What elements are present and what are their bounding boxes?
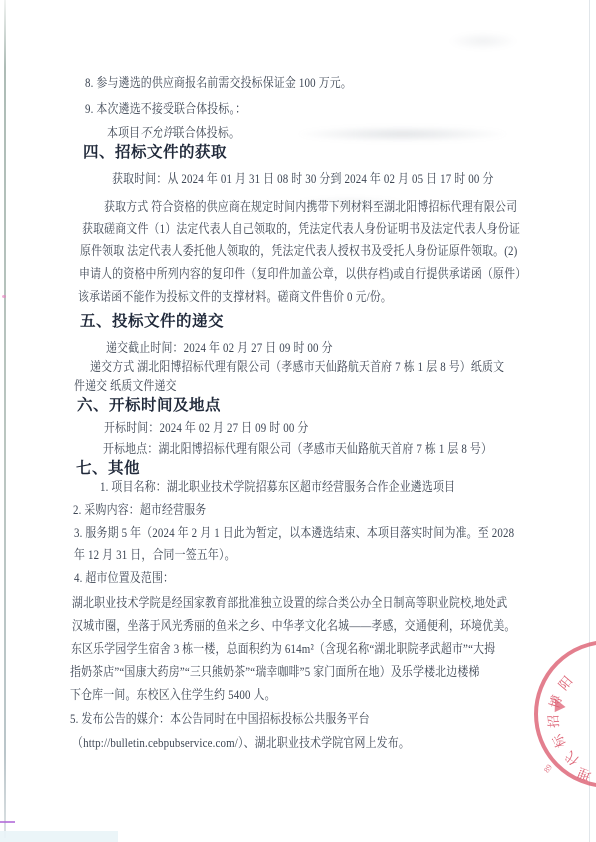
section-7-line: 指奶茶店”“国康大药房”“三只熊奶茶”“瑞幸咖啡”5 家门面所在地）及乐学楼北边… <box>70 664 480 679</box>
seal-digits: 89 <box>542 763 554 775</box>
section-4-heading: 四、招标文件的获取 <box>83 144 227 161</box>
section-7-heading: 七、其他 <box>76 460 140 477</box>
section-5-line: 递交方式 湖北阳博招标代理有限公司（孝感市天仙路航天首府 7 栋 1 层 8 号… <box>90 359 504 374</box>
section-4-line: 获取时间：从 2024 年 01 月 31 日 08 时 30 分到 2024 … <box>112 171 494 186</box>
scan-speck <box>2 295 6 298</box>
section-5-line: 递交截止时间：2024 年 02 月 27 日 09 时 00 分 <box>106 340 333 355</box>
scan-edge-left-line <box>4 0 6 838</box>
section-7-line: 1. 项目名称：湖北职业技术学院招募东区超市经营服务合作企业遴选项目 <box>100 479 455 494</box>
clause-8: 8. 参与遴选的供应商报名前需交投标保证金 100 万元。 <box>85 75 352 90</box>
seal-char: 理 <box>575 765 593 784</box>
section-7-line: 2. 采购内容：超市经营服务 <box>73 502 206 517</box>
note-suffix: 联合体投标。 <box>174 125 241 140</box>
seal-char: 阳 <box>556 673 576 693</box>
section-7-line: 5. 发布公告的媒介：本公告同时在中国招标投标公共服务平台 <box>70 711 370 726</box>
section-7-line: 湖北职业技术学院是经国家教育部批准独立设置的综合类公办全日制高等职业院校,地处武 <box>72 595 507 610</box>
section-7-line: 年 12 月 31 日，合同一签五年）。 <box>74 547 236 562</box>
note-prefix: 本项目 <box>107 125 140 140</box>
section-4-line: 获取方式 符合资格的供应商在规定时间内携带下列材料至湖北阳博招标代理有限公司 <box>104 199 517 214</box>
section-4-line: 该承诺函不能作为投标文件的支撑材料。磋商文件售价 0 元/份。 <box>78 289 392 304</box>
clause-9-note: 本项目不允许联合体投标。 <box>107 125 240 140</box>
scan-corner-shade <box>0 831 118 842</box>
red-seal-stamp-graphic: 阳 博 招 标 代 理 89 <box>478 622 596 820</box>
scan-tick <box>0 821 15 823</box>
scan-smudge <box>448 32 518 50</box>
section-4-line: 获取磋商文件（1）法定代表人自己领取的，凭法定代表人身份证明书及法定代表人身份证 <box>82 221 520 236</box>
clause-9: 9. 本次遴选不接受联合体投标。： <box>85 101 246 116</box>
section-7-line: 汉城市圈，坐落于风光秀丽的鱼米之乡、中华孝文化名城——孝感，交通便利，环境优美。 <box>72 618 516 633</box>
section-7-line: 3. 服务期 5 年（2024 年 2 月 1 日此为暂定，以本遴选结束、本项目… <box>74 525 514 540</box>
section-6-line: 开标地点：湖北阳博招标代理有限公司（孝感市天仙路航天首府 7 栋 1 层 8 号… <box>103 441 492 456</box>
section-4-line: 原件领取 法定代表人委托他人领取的，凭法定代表人授权书及受托人身份证原件领取。(… <box>80 243 517 258</box>
seal-char: 标 <box>549 731 569 750</box>
scan-smudge <box>295 126 510 142</box>
scanned-document-page: 8. 参与遴选的供应商报名前需交投标保证金 100 万元。 9. 本次遴选不接受… <box>0 0 596 842</box>
section-5-line: 件递交 纸质文件递交 <box>74 378 177 393</box>
section-7-line: （http://bulletin.cebpubservice.com/）、湖北职… <box>72 735 410 750</box>
section-6-heading: 六、开标时间及地点 <box>77 397 221 414</box>
red-seal-stamp: 阳 博 招 标 代 理 89 <box>478 622 596 820</box>
section-7-line: 下仓库一间。东校区入住学生约 5400 人。 <box>70 687 276 702</box>
section-5-heading: 五、投标文件的递交 <box>80 313 224 330</box>
section-4-line: 申请人的资格中所列内容的复印件（复印件加盖公章，以供存档)或自行提供承诺函（原件… <box>79 266 526 281</box>
section-6-line: 开标时间：2024 年 02 月 27 日 09 时 00 分 <box>104 420 309 435</box>
note-emphasis: 不允许 <box>140 125 173 140</box>
section-7-line: 4. 超市位置及范围： <box>74 570 174 585</box>
seal-char: 代 <box>562 748 582 768</box>
section-7-line: 东区乐学园学生宿舍 3 栋一楼，总面积约为 614m²（含现名称“湖北职院孝武超… <box>71 641 495 656</box>
seal-char: 招 <box>546 714 562 728</box>
